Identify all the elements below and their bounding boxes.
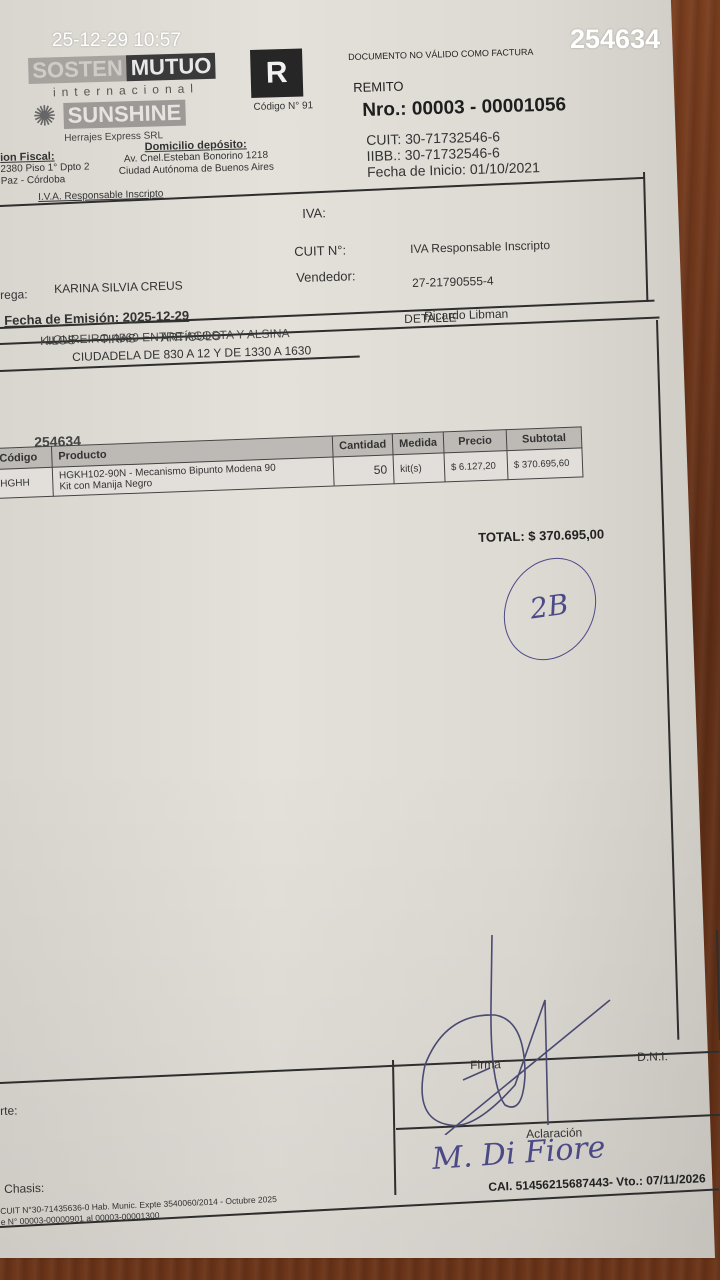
fiscal-address: ion Fiscal: 2380 Piso 1° Dpto 2 Paz - Có… bbox=[0, 150, 90, 188]
chasis-label: Chasis: bbox=[4, 1181, 44, 1196]
signature-scribble bbox=[395, 925, 715, 1135]
col-subtotal: Subtotal bbox=[506, 427, 582, 451]
col-cantidad: Cantidad bbox=[332, 434, 393, 457]
deposit-address: Domicilio depósito: Av. Cnel.Esteban Bon… bbox=[118, 138, 274, 178]
document-type-code: Código N° 91 bbox=[253, 100, 313, 113]
logo-mutuo: MUTUO bbox=[126, 53, 215, 81]
col-codigo: Código bbox=[0, 446, 52, 469]
cell-cantidad: 50 bbox=[333, 455, 394, 486]
logo-sunshine: SUNSHINE bbox=[63, 100, 185, 129]
transporte-label: rte: bbox=[0, 1104, 18, 1118]
document-type-box: R Código N° 91 bbox=[250, 48, 313, 113]
cell-subtotal: $ 370.695,60 bbox=[507, 448, 583, 480]
client-vendor-label: Vendedor: bbox=[296, 268, 356, 285]
cell-codigo: HGHH bbox=[0, 467, 53, 498]
logo-sosten: SOSTEN bbox=[28, 55, 127, 84]
client-cuit-label: CUIT N°: bbox=[294, 243, 346, 259]
handwritten-mark: 2B bbox=[528, 587, 571, 625]
photo-reference-number: 254634 bbox=[570, 24, 660, 55]
fiscal-line-2: Paz - Córdoba bbox=[1, 174, 90, 188]
document-type-letter: R bbox=[250, 49, 303, 98]
client-cuit-value: 27-21790555-4 bbox=[412, 274, 494, 290]
firma-label: Firma bbox=[470, 1057, 501, 1072]
client-iva-label: IVA: bbox=[302, 205, 326, 221]
vendor-name: Ricardo Libman bbox=[424, 307, 508, 323]
sun-burst-icon: ✺ bbox=[29, 101, 60, 132]
issuer-tax-info: CUIT: 30-71732546-6 IIBB.: 30-71732546-6… bbox=[366, 127, 540, 180]
cell-medida: kit(s) bbox=[393, 453, 445, 484]
col-precio: Precio bbox=[443, 430, 507, 453]
cell-precio: $ 6.127,20 bbox=[444, 451, 508, 482]
photo-timestamp: 25-12-29 10:57 bbox=[52, 30, 181, 52]
delivery-label: rega: bbox=[0, 287, 28, 302]
col-medida: Medida bbox=[392, 432, 444, 455]
company-logo: SOSTEN MUTUO internacional ✺ SUNSHINE He… bbox=[28, 53, 217, 145]
dni-label: D.N.I. bbox=[637, 1049, 668, 1064]
document-title: REMITO bbox=[353, 79, 404, 95]
